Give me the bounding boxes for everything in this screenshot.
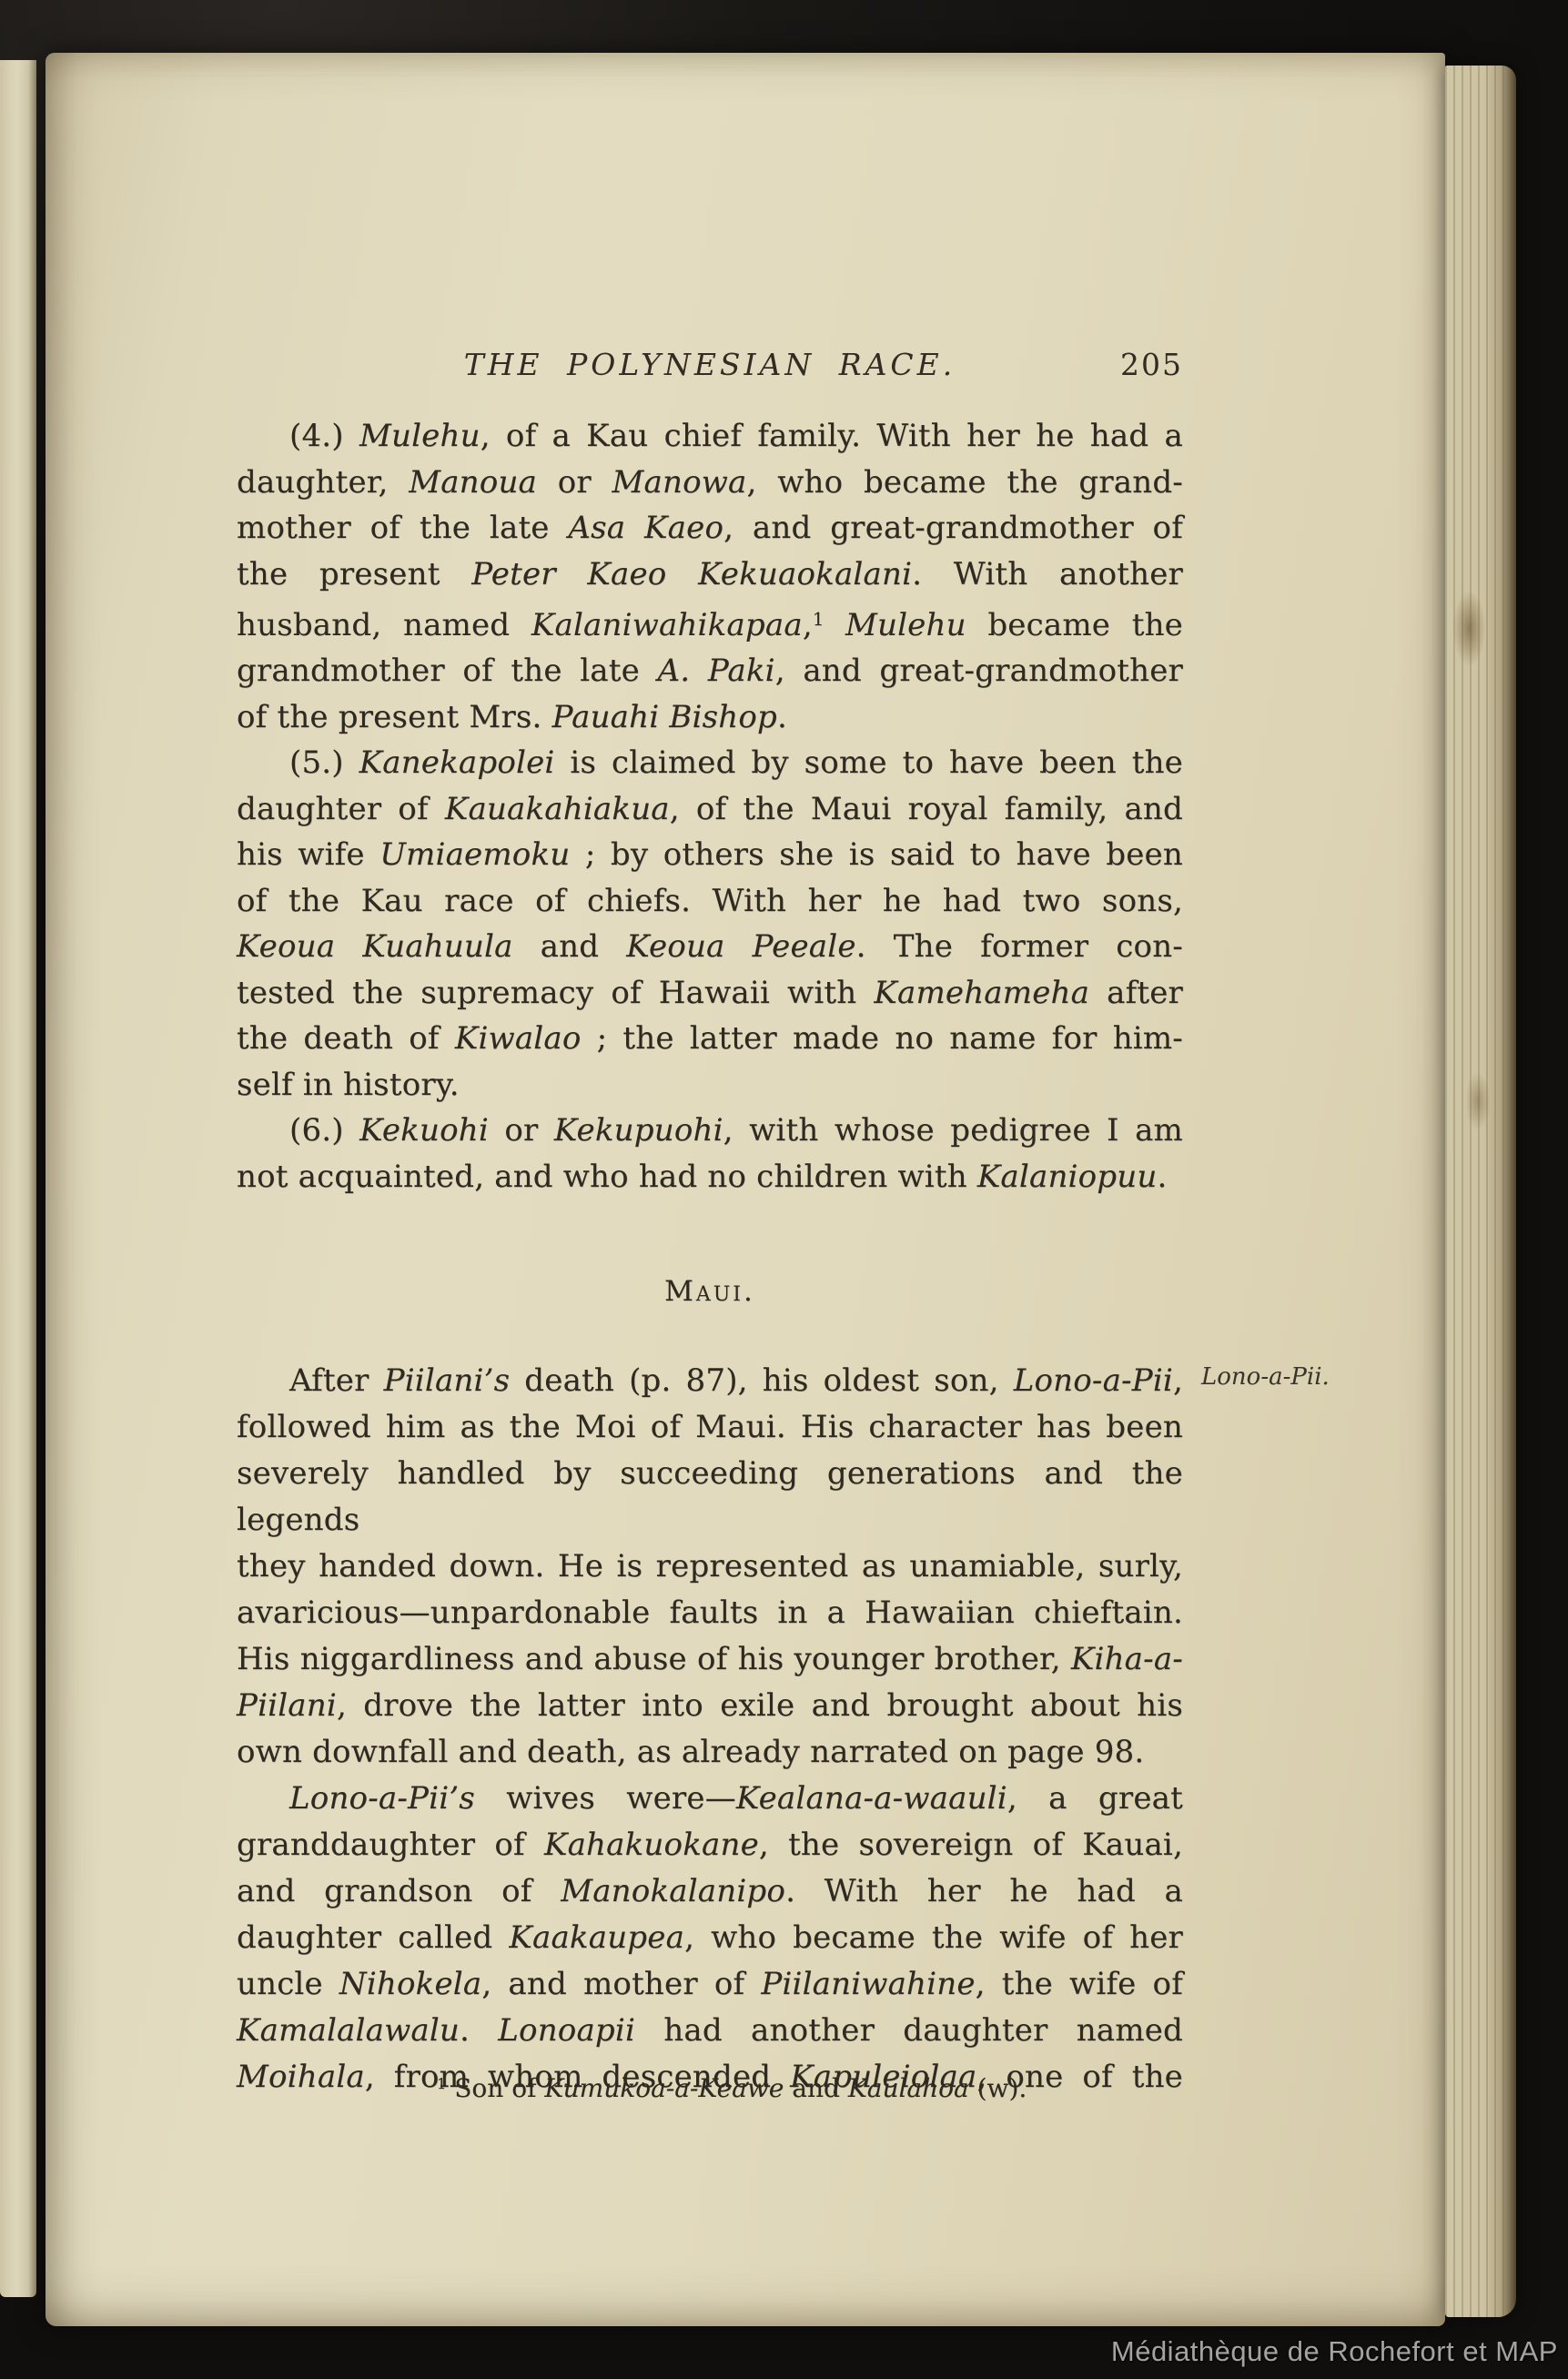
text-line: tested the supremacy of Hawaii with Kame…	[237, 970, 1183, 1017]
text-line: avaricious—unpardonable faults in a Hawa…	[237, 1590, 1183, 1636]
page-edge-stack	[1445, 66, 1516, 2317]
text-line: self in history.	[237, 1062, 1183, 1109]
text-line: own downfall and death, as already narra…	[237, 1729, 1183, 1776]
text-line: they handed down. He is represented as u…	[237, 1544, 1183, 1590]
text-line: uncle Nihokela, and mother of Piilaniwah…	[237, 1961, 1183, 2008]
text-line: daughter of Kauakahiakua, of the Maui ro…	[237, 786, 1183, 833]
page-number: 205	[1120, 346, 1183, 384]
section-heading: Maui.	[237, 1273, 1183, 1310]
text-line: of the Kau race of chiefs. With her he h…	[237, 878, 1183, 925]
text-line: daughter called Kaakaupea, who became th…	[237, 1915, 1183, 1961]
text-line: Kamalalawalu. Lonoapii had another daugh…	[237, 2008, 1183, 2054]
text-line: Keoua Kuahuula and Keoua Peeale. The for…	[237, 924, 1183, 970]
text-line: granddaughter of Kahakuokane, the sovere…	[237, 1822, 1183, 1868]
text-line: After Piilani’s death (p. 87), his oldes…	[237, 1358, 1183, 1404]
text-line: 1 Son of Kumukoa-a-Keawe and Kaulahoa (w…	[437, 2068, 1256, 2105]
text-line: of the present Mrs. Pauahi Bishop.	[237, 694, 1183, 741]
text-line: followed him as the Moi of Maui. His cha…	[237, 1404, 1183, 1451]
text-line: Piilani, drove the latter into exile and…	[237, 1683, 1183, 1729]
margin-note: Lono-a-Pii.	[1201, 1362, 1474, 1392]
text-line: (4.) Mulehu, of a Kau chief family. With…	[237, 413, 1183, 460]
book-page: THE POLYNESIAN RACE. 205 (4.) Mulehu, of…	[46, 53, 1445, 2326]
body-section-maui: After Piilani’s death (p. 87), his oldes…	[237, 1358, 1183, 2101]
text-line: severely handled by succeeding generatio…	[237, 1451, 1183, 1544]
footnote: 1 Son of Kumukoa-a-Keawe and Kaulahoa (w…	[437, 2068, 1256, 2105]
left-page-edge	[0, 60, 36, 2297]
body-section-hawaii: (4.) Mulehu, of a Kau chief family. With…	[237, 413, 1183, 1200]
text-line: His niggardliness and abuse of his young…	[237, 1636, 1183, 1683]
text-line: Lono-a-Pii’s wives were—Kealana-a-waauli…	[237, 1776, 1183, 1822]
text-line: grandmother of the late A. Paki, and gre…	[237, 648, 1183, 694]
text-line: husband, named Kalaniwahikapaa,1 Mulehu …	[237, 597, 1183, 648]
text-line: and grandson of Manokalanipo. With her h…	[237, 1868, 1183, 1915]
watermark: Médiathèque de Rochefort et MAP	[1111, 2335, 1558, 2368]
text-line: his wife Umiaemoku ; by others she is sa…	[237, 832, 1183, 878]
text-line: daughter, Manoua or Manowa, who became t…	[237, 460, 1183, 506]
running-header: THE POLYNESIAN RACE. 205	[237, 346, 1183, 384]
text-line: (6.) Kekuohi or Kekupuohi, with whose pe…	[237, 1108, 1183, 1154]
running-title: THE POLYNESIAN RACE.	[237, 346, 1183, 384]
scanned-book-photo: { "header": { "title": "THE POLYNESIAN R…	[0, 0, 1568, 2379]
text-line: (5.) Kanekapolei is claimed by some to h…	[237, 740, 1183, 786]
text-line: the death of Kiwalao ; the latter made n…	[237, 1016, 1183, 1062]
text-line: the present Peter Kaeo Kekuaokalani. Wit…	[237, 552, 1183, 598]
text-line: mother of the late Asa Kaeo, and great-g…	[237, 505, 1183, 552]
text-line: not acquainted, and who had no children …	[237, 1154, 1183, 1200]
